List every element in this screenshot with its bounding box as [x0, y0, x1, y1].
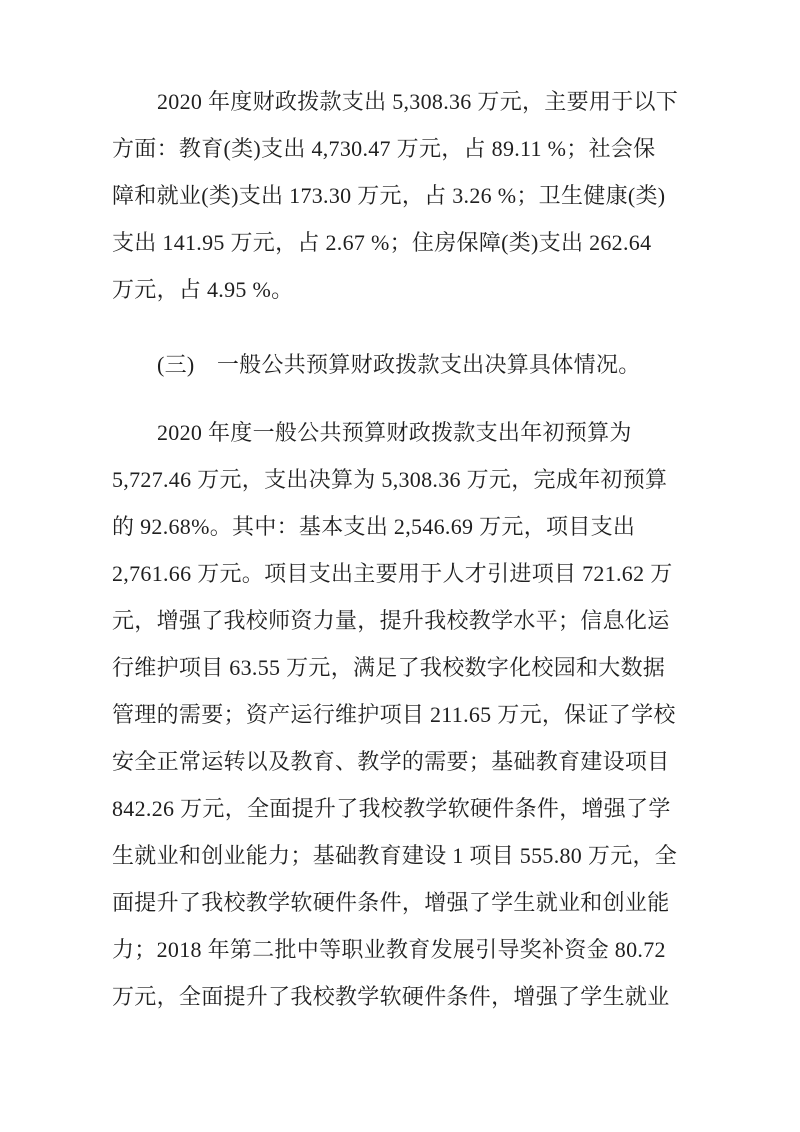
text-line: 2,761.66 万元。项目支出主要用于人才引进项目 721.62 万 — [112, 550, 692, 597]
text-line: 支出 141.95 万元，占 2.67 %；住房保障(类)支出 262.64 — [112, 219, 692, 266]
document-body: 2020 年度财政拨款支出 5,308.36 万元，主要用于以下方面：教育(类)… — [112, 78, 692, 1020]
text-line: 力；2018 年第二批中等职业教育发展引导奖补资金 80.72 — [112, 926, 692, 973]
text-line: 方面：教育(类)支出 4,730.47 万元，占 89.11 %；社会保 — [112, 125, 692, 172]
text-line: 2020 年度一般公共预算财政拨款支出年初预算为 — [112, 409, 692, 456]
text-line: 行维护项目 63.55 万元，满足了我校数字化校园和大数据 — [112, 644, 692, 691]
paragraph-fiscal-appropriation-expenditure: 2020 年度财政拨款支出 5,308.36 万元，主要用于以下方面：教育(类)… — [112, 78, 692, 313]
text-line: 万元，占 4.95 %。 — [112, 266, 692, 313]
text-line: 生就业和创业能力；基础教育建设 1 项目 555.80 万元，全 — [112, 832, 692, 879]
text-line: 管理的需要；资产运行维护项目 211.65 万元，保证了学校 — [112, 691, 692, 738]
page: { "colors": { "background": "#ffffff", "… — [0, 0, 800, 1132]
text-line: 2020 年度财政拨款支出 5,308.36 万元，主要用于以下 — [112, 78, 692, 125]
text-line: 5,727.46 万元，支出决算为 5,308.36 万元，完成年初预算 — [112, 456, 692, 503]
text-line: 障和就业(类)支出 173.30 万元，占 3.26 %；卫生健康(类) — [112, 172, 692, 219]
text-line: 面提升了我校教学软硬件条件，增强了学生就业和创业能 — [112, 879, 692, 926]
text-line: 的 92.68%。其中：基本支出 2,546.69 万元，项目支出 — [112, 503, 692, 550]
text-line: 元，增强了我校师资力量，提升我校教学水平；信息化运 — [112, 597, 692, 644]
text-line: 安全正常运转以及教育、教学的需要；基础教育建设项目 — [112, 738, 692, 785]
paragraph-general-public-budget-details: 2020 年度一般公共预算财政拨款支出年初预算为5,727.46 万元，支出决算… — [112, 409, 692, 1020]
document-page: 2020 年度财政拨款支出 5,308.36 万元，主要用于以下方面：教育(类)… — [0, 0, 800, 1132]
text-line: 842.26 万元，全面提升了我校教学软硬件条件，增强了学 — [112, 785, 692, 832]
text-line: 万元，全面提升了我校教学软硬件条件，增强了学生就业 — [112, 973, 692, 1020]
text-line: (三) 一般公共预算财政拨款支出决算具体情况。 — [112, 341, 692, 388]
section-heading-three: (三) 一般公共预算财政拨款支出决算具体情况。 — [112, 341, 692, 388]
